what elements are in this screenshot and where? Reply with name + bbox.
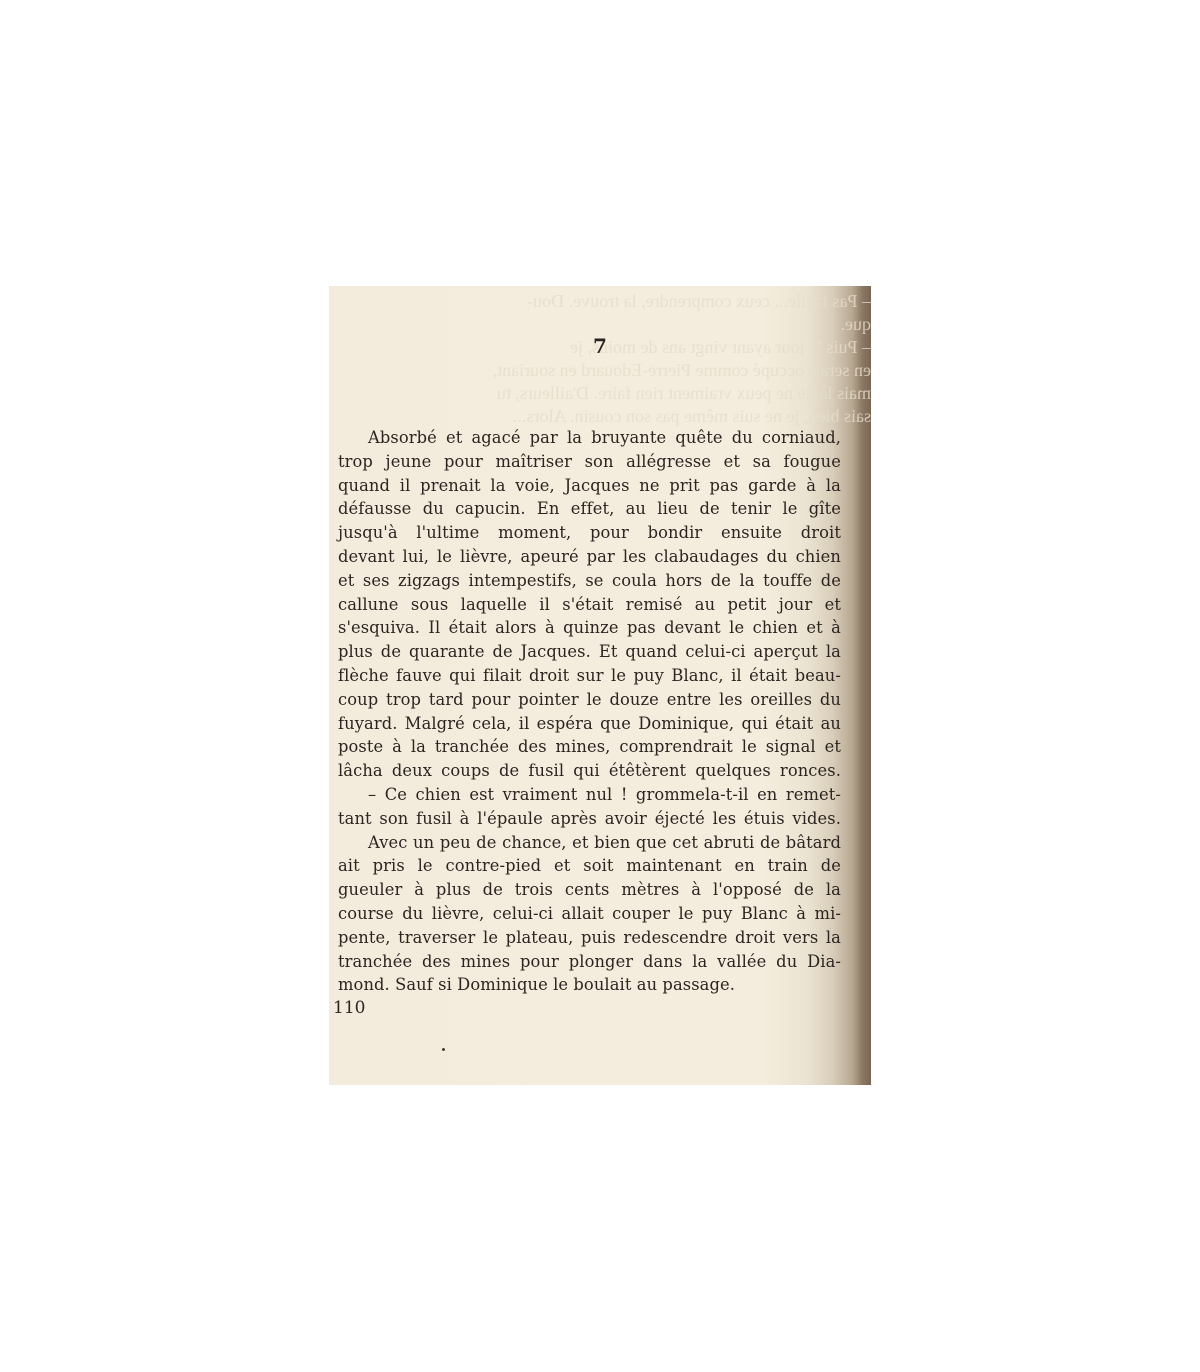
- text-line: gueuler à plus de trois cents mètres à l…: [338, 878, 841, 902]
- text-line: course du lièvre, celui-ci allait couper…: [338, 902, 841, 926]
- ghost-line: que.: [329, 313, 871, 336]
- text-line: devant lui, le lièvre, apeuré par les cl…: [338, 545, 841, 569]
- ghost-line: sais bien, je ne suis même pas son cousi…: [329, 405, 871, 428]
- show-through-text: – Pas facile... ceux comprendre, la trou…: [329, 286, 871, 430]
- page-number: 110: [333, 998, 365, 1018]
- text-line: poste à la tranchée des mines, comprendr…: [338, 735, 841, 759]
- text-line: mond. Sauf si Dominique le boulait au pa…: [338, 973, 841, 997]
- text-line: s'esquiva. Il était alors à quinze pas d…: [338, 616, 841, 640]
- text-line: coup trop tard pour pointer le douze ent…: [338, 688, 841, 712]
- ghost-line: en serais occupé comme Pierre-Edouard en…: [329, 359, 871, 382]
- text-line: et ses zigzags intempestifs, se coula ho…: [338, 569, 841, 593]
- text-line: pente, traverser le plateau, puis redesc…: [338, 926, 841, 950]
- book-page: – Pas facile... ceux comprendre, la trou…: [329, 286, 871, 1085]
- text-line: défausse du capucin. En effet, au lieu d…: [338, 497, 841, 521]
- text-line: tranchée des mines pour plonger dans la …: [338, 950, 841, 974]
- ghost-line: – Pas facile... ceux comprendre, la trou…: [329, 290, 871, 313]
- text-line: callune sous laquelle il s'était remisé …: [338, 593, 841, 617]
- text-line: plus de quarante de Jacques. Et quand ce…: [338, 640, 841, 664]
- text-line: fuyard. Malgré cela, il espéra que Domin…: [338, 712, 841, 736]
- text-line: lâcha deux coups de fusil qui étêtèrent …: [338, 759, 841, 783]
- text-line: Avec un peu de chance, et bien que cet a…: [338, 831, 841, 855]
- text-line: flèche fauve qui filait droit sur le puy…: [338, 664, 841, 688]
- text-line: tant son fusil à l'épaule après avoir éj…: [338, 807, 841, 831]
- text-line: quand il prenait la voie, Jacques ne pri…: [338, 474, 841, 498]
- paper-speck: [442, 1048, 445, 1051]
- ghost-line: mais là, je ne peux vraiment rien faire.…: [329, 382, 871, 405]
- text-line: – Ce chien est vraiment nul ! grommela-t…: [338, 783, 841, 807]
- chapter-number: 7: [329, 334, 871, 358]
- body-text: Absorbé et agacé par la bruyante quête d…: [338, 426, 841, 997]
- text-line: jusqu'à l'ultime moment, pour bondir ens…: [338, 521, 841, 545]
- text-line: ait pris le contre-pied et soit maintena…: [338, 854, 841, 878]
- text-line: Absorbé et agacé par la bruyante quête d…: [338, 426, 841, 450]
- text-line: trop jeune pour maîtriser son allégresse…: [338, 450, 841, 474]
